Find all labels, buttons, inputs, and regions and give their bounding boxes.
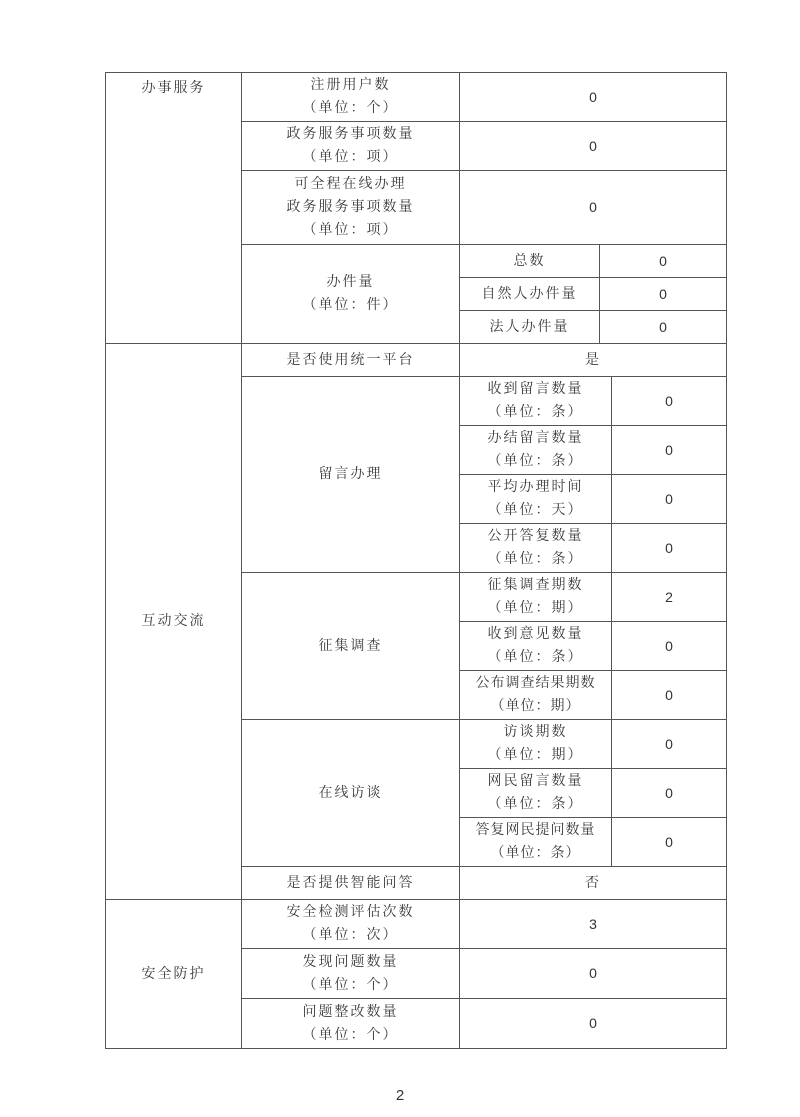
- sub-value-interview-netizen-messages: 0: [611, 768, 727, 818]
- row-value-security-assessments: 3: [459, 899, 727, 949]
- row-value-issues-found: 0: [459, 948, 727, 999]
- sub-value-messages-closed: 0: [611, 425, 727, 475]
- statistics-table: 办事服务 注册用户数 （单位：个） 0 政务服务事项数量 （单位：项） 0 可全…: [105, 72, 727, 1049]
- sub-label-messages-avg-time: 平均办理时间 （单位：天）: [459, 474, 612, 524]
- sub-value-survey-periods: 2: [611, 572, 727, 622]
- group-label-messages: 留言办理: [241, 376, 460, 573]
- row-value-online-service-items: 0: [459, 170, 727, 245]
- row-label-issues-fixed: 问题整改数量 （单位：个）: [241, 998, 460, 1049]
- row-label-service-items: 政务服务事项数量 （单位：项）: [241, 121, 460, 171]
- row-value-unified-platform: 是: [459, 343, 727, 377]
- row-value-smart-qa: 否: [459, 866, 727, 900]
- sub-label-cases-total: 总数: [459, 244, 600, 278]
- row-value-issues-fixed: 0: [459, 998, 727, 1049]
- section-label-security: 安全防护: [105, 899, 242, 1049]
- row-label-online-service-items: 可全程在线办理 政务服务事项数量 （单位：项）: [241, 170, 460, 245]
- sub-value-messages-public-replies: 0: [611, 523, 727, 573]
- sub-value-cases-natural: 0: [599, 277, 727, 311]
- group-label-interview: 在线访谈: [241, 719, 460, 867]
- sub-value-interview-answers: 0: [611, 817, 727, 867]
- sub-value-messages-received: 0: [611, 376, 727, 426]
- document-page: 办事服务 注册用户数 （单位：个） 0 政务服务事项数量 （单位：项） 0 可全…: [0, 0, 800, 1117]
- sub-value-cases-total: 0: [599, 244, 727, 278]
- section-label-service: 办事服务: [105, 72, 242, 344]
- sub-label-messages-closed: 办结留言数量 （单位：条）: [459, 425, 612, 475]
- sub-label-survey-opinions: 收到意见数量 （单位：条）: [459, 621, 612, 671]
- row-value-registered-users: 0: [459, 72, 727, 122]
- row-label-smart-qa: 是否提供智能问答: [241, 866, 460, 900]
- sub-label-cases-legal: 法人办件量: [459, 310, 600, 344]
- row-label-unified-platform: 是否使用统一平台: [241, 343, 460, 377]
- sub-value-interview-periods: 0: [611, 719, 727, 769]
- sub-label-interview-answers: 答复网民提问数量 （单位：条）: [459, 817, 612, 867]
- row-label-registered-users: 注册用户数 （单位：个）: [241, 72, 460, 122]
- sub-value-messages-avg-time: 0: [611, 474, 727, 524]
- sub-label-survey-periods: 征集调查期数 （单位：期）: [459, 572, 612, 622]
- section-label-interaction: 互动交流: [105, 343, 242, 900]
- sub-value-survey-opinions: 0: [611, 621, 727, 671]
- row-label-security-assessments: 安全检测评估次数 （单位：次）: [241, 899, 460, 949]
- section-label-service-text: 办事服务: [142, 77, 206, 100]
- sub-value-survey-results-published: 0: [611, 670, 727, 720]
- sub-value-cases-legal: 0: [599, 310, 727, 344]
- row-label-cases: 办件量 （单位：件）: [241, 244, 460, 344]
- row-value-service-items: 0: [459, 121, 727, 171]
- page-number: 2: [0, 1087, 800, 1104]
- sub-label-survey-results-published: 公布调查结果期数 （单位：期）: [459, 670, 612, 720]
- sub-label-interview-netizen-messages: 网民留言数量 （单位：条）: [459, 768, 612, 818]
- sub-label-messages-public-replies: 公开答复数量 （单位：条）: [459, 523, 612, 573]
- group-label-survey: 征集调查: [241, 572, 460, 720]
- sub-label-messages-received: 收到留言数量 （单位：条）: [459, 376, 612, 426]
- sub-label-interview-periods: 访谈期数 （单位：期）: [459, 719, 612, 769]
- row-label-issues-found: 发现问题数量 （单位：个）: [241, 948, 460, 999]
- sub-label-cases-natural: 自然人办件量: [459, 277, 600, 311]
